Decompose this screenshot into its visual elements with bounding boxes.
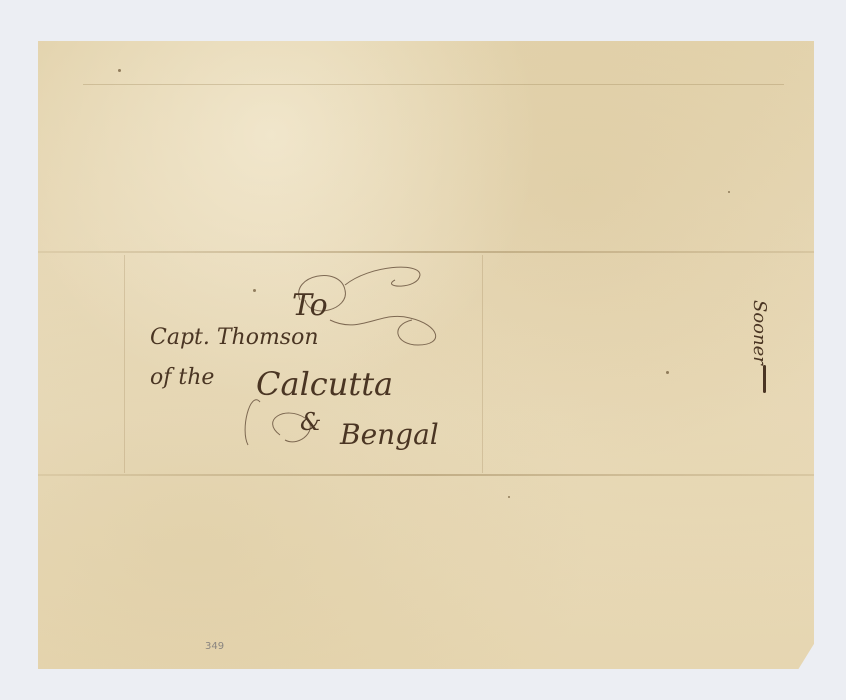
fold-line-middle	[482, 255, 483, 473]
ink-speck	[508, 496, 510, 498]
address-of-the: of the	[150, 365, 214, 390]
ink-speck	[253, 289, 256, 292]
fold-line-left	[124, 255, 125, 473]
letter-sheet	[38, 41, 814, 669]
pencil-catalog-number: 349	[205, 641, 224, 652]
ruled-line	[83, 84, 784, 85]
ink-speck	[118, 69, 121, 72]
fold-line-lower	[38, 474, 814, 476]
address-ampersand: &	[300, 408, 321, 436]
address-destination: Bengal	[340, 418, 439, 451]
address-salutation: To	[292, 288, 328, 323]
address-ship-name: Calcutta	[256, 365, 393, 403]
address-recipient: Capt. Thomson	[150, 325, 319, 350]
side-ink-stroke	[763, 365, 766, 393]
ink-speck	[666, 371, 669, 374]
side-annotation: Sooner	[749, 300, 770, 365]
ink-speck	[728, 191, 730, 193]
fold-line-upper	[38, 251, 814, 253]
